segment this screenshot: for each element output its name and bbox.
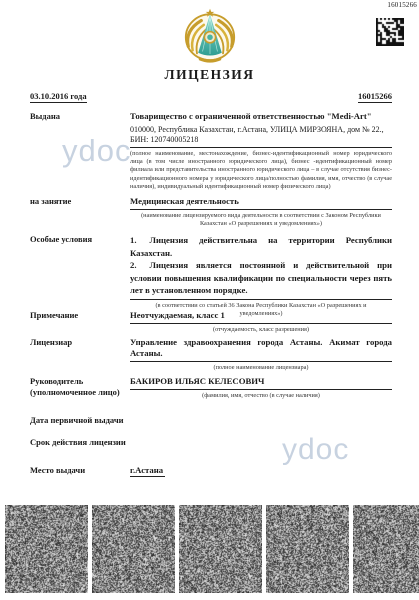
licensor-value: Управление здравоохранения города Астаны… [130,337,392,362]
licensee-name: Товарищество с ограниченной ответственно… [130,111,392,122]
corner-document-number: 16015266 [387,1,417,9]
license-number: 16015266 [358,91,392,103]
field-activity: на занятие Медицинская деятельность (наи… [30,196,392,228]
field-label: Особые условия [30,234,130,319]
field-label: Место выдачи [30,465,130,476]
field-footnote: (полное наименование лицензиара) [130,364,392,372]
field-label: Выдана [30,111,130,191]
noise-block [266,505,349,593]
noise-block [5,505,88,593]
field-validity-period: Срок действия лицензии [30,437,392,448]
date-number-row: 03.10.2016 года 16015266 [30,91,392,103]
noise-block [179,505,262,593]
field-first-issue-date: Дата первичной выдачи [30,415,392,426]
field-remark: Примечание Неотчуждаемая, класс 1 (отчуж… [30,310,392,334]
license-document-page: 16015266 ЛИЦЕНЗИЯ 03.10.2016 год [0,0,419,600]
security-barcode-strip [5,505,419,593]
field-footnote: (полное наименование, местонахождение, б… [130,150,392,191]
remark-value: Неотчуждаемая, класс 1 [130,310,392,324]
field-label: на занятие [30,196,130,228]
issue-date: 03.10.2016 года [30,91,87,103]
datamatrix-qr-code [376,18,404,46]
field-footnote: (отчуждаемость, класс разрешения) [130,326,392,334]
condition-item-2: 2. Лицензия является постоянной и действ… [130,259,392,297]
field-head: Руководитель (уполномоченное лицо) БАКИР… [30,376,392,400]
noise-block [92,505,175,593]
field-label: Примечание [30,310,130,334]
noise-block [353,505,419,593]
field-issued-to: Выдана Товарищество с ограниченной ответ… [30,111,392,191]
field-label: Срок действия лицензии [30,437,130,448]
field-label: Лицензиар [30,337,130,372]
document-title: ЛИЦЕНЗИЯ [0,67,419,83]
licensee-address: 010000, Республика Казахстан, г.Астана, … [130,125,392,145]
head-name: БАКИРОВ ИЛЬЯС КЕЛЕСОВИЧ [130,376,392,390]
condition-item-1: 1. Лицензия действительна на территории … [130,234,392,259]
field-place-of-issue: Место выдачи г.Астана [30,465,392,476]
field-footnote: (фамилия, имя, отчество (в случае наличи… [130,392,392,400]
place-of-issue-value: г.Астана [130,465,165,477]
activity-value: Медицинская деятельность [130,196,392,210]
field-footnote: (наименование лицензируемого вида деятел… [130,212,392,229]
validity-period-value [130,437,392,448]
kazakhstan-emblem-icon [179,8,241,64]
field-label: Дата первичной выдачи [30,415,130,426]
field-label: Руководитель (уполномоченное лицо) [30,376,130,400]
first-issue-date-value [130,415,392,426]
field-licensor: Лицензиар Управление здравоохранения гор… [30,337,392,372]
field-special-conditions: Особые условия 1. Лицензия действительна… [30,234,392,319]
